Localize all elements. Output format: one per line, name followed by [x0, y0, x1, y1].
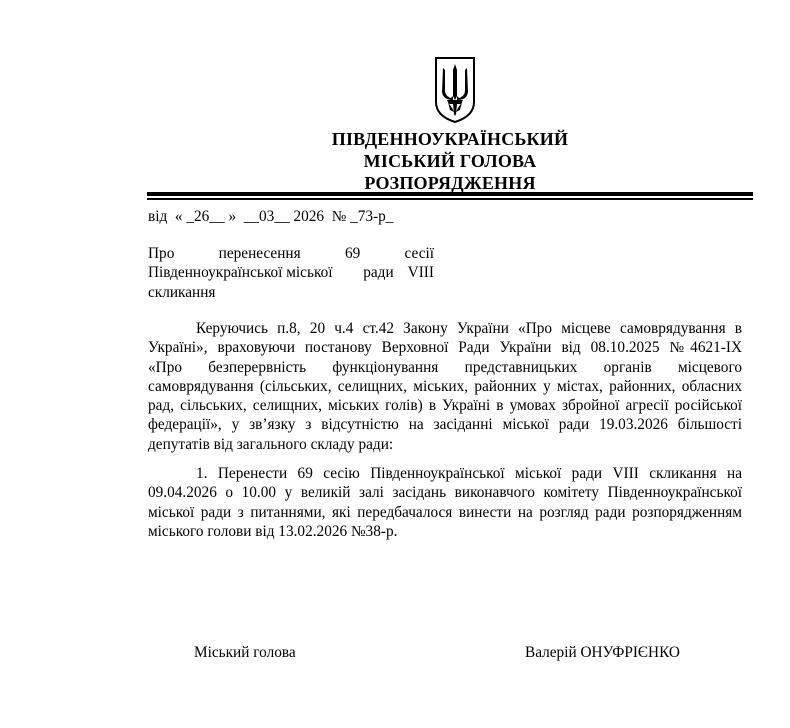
header-divider-thick [147, 192, 753, 196]
header-issuer-title: МІСЬКИЙ ГОЛОВА [147, 151, 753, 172]
paragraph-line: 09.04.2026 о 10.00 у великій залі засіда… [148, 483, 742, 502]
subject-line-1: Про перенесення 69 сесії [148, 244, 434, 263]
subject-line-2: Південноукраїнської міської ради VIII [148, 263, 434, 282]
subject-word: Південноукраїнської міської [148, 263, 333, 282]
paragraph-line: «Про безперервність функціонування предс… [148, 358, 742, 377]
document-date-number: від « _26__ » __03__ 2026 № _73-р_ [148, 207, 393, 226]
paragraph-line: депутатів від загального складу ради: [148, 435, 742, 454]
subject-word: ради [363, 263, 393, 282]
paragraph-line: 1. Перенести 69 сесію Південноукраїнсько… [148, 464, 742, 483]
header-divider-thin [147, 198, 753, 200]
paragraph-line: міського голови від 13.02.2026 №38-р. [148, 522, 742, 541]
order-item-1: 1. Перенести 69 сесію Південноукраїнсько… [148, 464, 742, 541]
paragraph-line: самоврядування (сільських, селищних, міс… [148, 377, 742, 396]
subject-word: VIII [408, 263, 434, 282]
paragraph-line: Керуючись п.8, 20 ч.4 ст.42 Закону Украї… [148, 319, 742, 338]
signatory-title: Міський голова [194, 643, 296, 662]
subject-word: сесії [405, 244, 434, 263]
subject-word: перенесення [219, 244, 301, 263]
document-subject: Про перенесення 69 сесії Південноукраїнс… [148, 244, 434, 302]
document-type-title: РОЗПОРЯДЖЕННЯ [147, 173, 753, 194]
paragraph-line: Україні», враховуючи постанову Верховної… [148, 338, 742, 357]
subject-word: 69 [345, 244, 360, 263]
paragraph-line: федерації», у зв’язку з відсутністю на з… [148, 415, 742, 434]
paragraph-line: рад, сільських, селищних, міських голів)… [148, 396, 742, 415]
signatory-name: Валерій ОНУФРІЄНКО [525, 643, 680, 662]
paragraph-line: міської ради з питаннями, які передбачал… [148, 503, 742, 522]
subject-word: Про [148, 244, 174, 263]
header-issuer-city: ПІВДЕННОУКРАЇНСЬКИЙ [147, 129, 753, 150]
ukraine-coat-of-arms-icon [433, 56, 477, 124]
preamble-paragraph: Керуючись п.8, 20 ч.4 ст.42 Закону Украї… [148, 319, 742, 454]
subject-line-3: скликання [148, 283, 434, 302]
